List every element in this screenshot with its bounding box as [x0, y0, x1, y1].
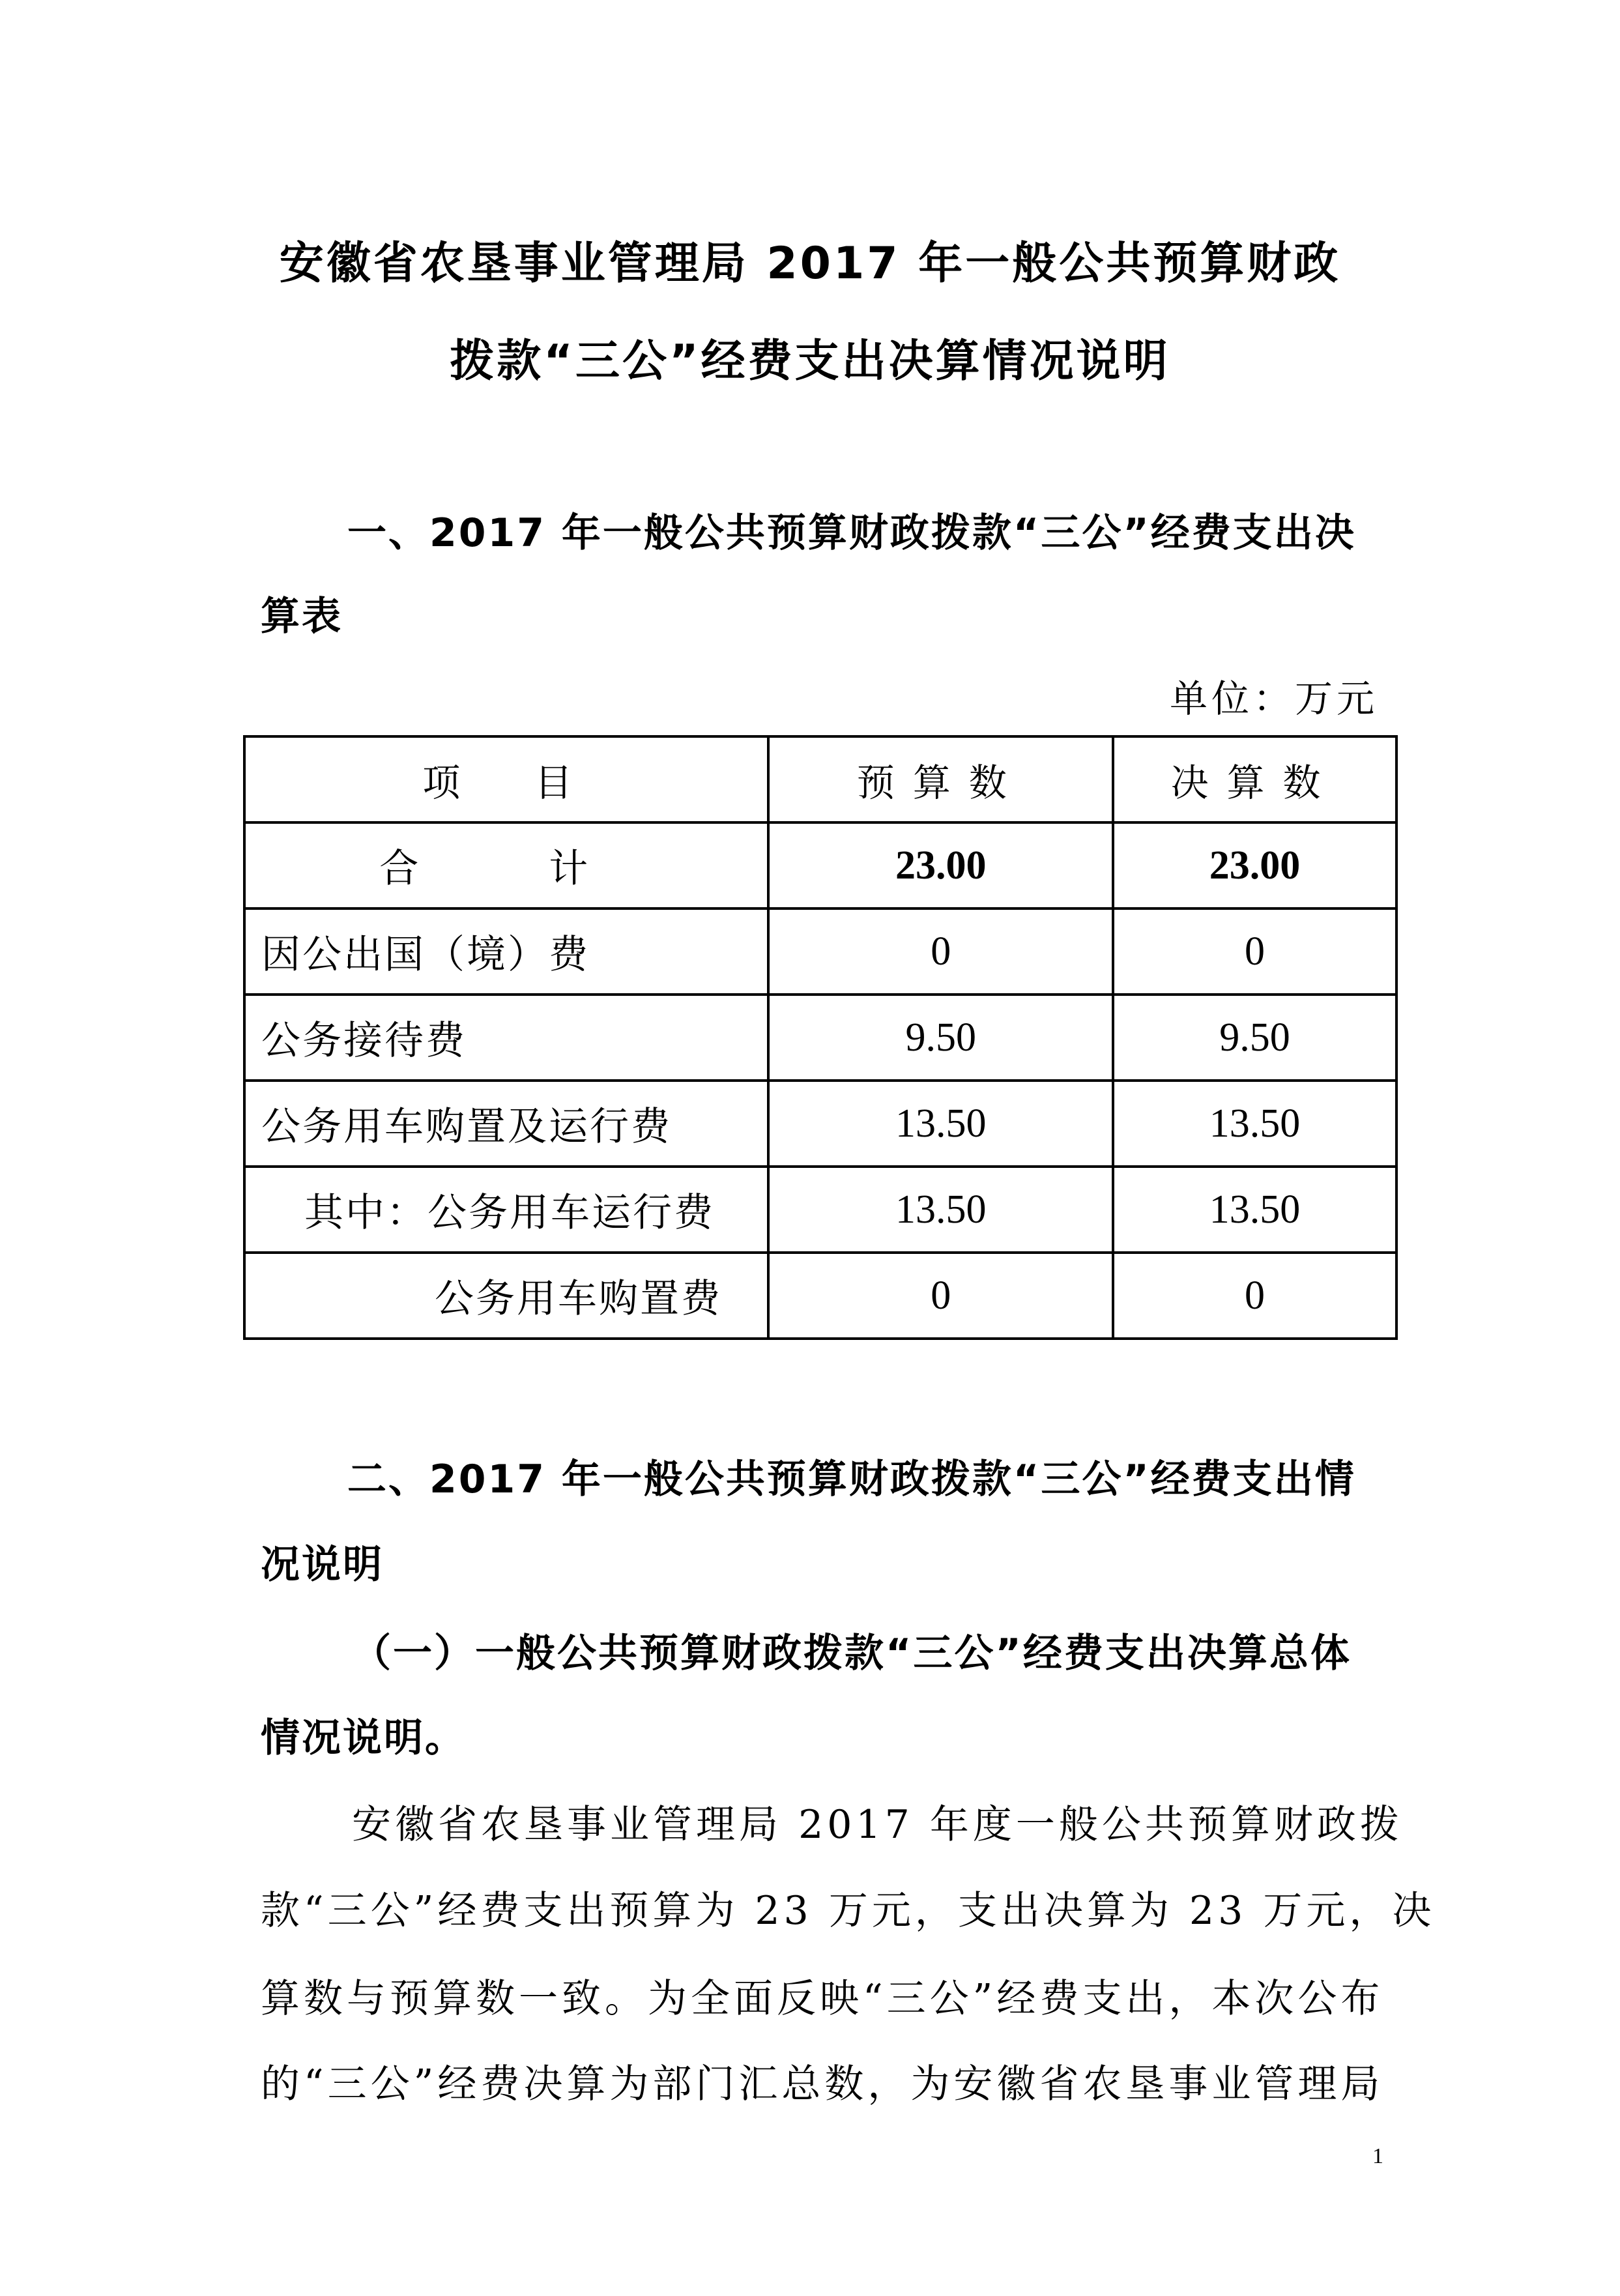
table-row: 公务用车购置及运行费 13.50 13.50 — [244, 1081, 1396, 1167]
final-value: 23.00 — [1113, 822, 1396, 908]
final-value: 13.50 — [1113, 1167, 1396, 1253]
subsection1-heading-line-2: 情况说明。 — [261, 1707, 466, 1763]
subsection1-heading-line-1: （一）一般公共预算财政拨款“三公”经费支出决算总体 — [352, 1622, 1352, 1678]
row-label: 公务用车购置费 — [244, 1253, 768, 1339]
budget-value: 13.50 — [768, 1167, 1113, 1253]
budget-value: 13.50 — [768, 1081, 1113, 1167]
budget-value: 0 — [768, 908, 1113, 995]
table-row: 公务接待费 9.50 9.50 — [244, 995, 1396, 1081]
table-row: 其中：公务用车运行费 13.50 13.50 — [244, 1167, 1396, 1253]
row-label: 公务接待费 — [244, 995, 768, 1081]
section1-heading-line-1: 一、2017 年一般公共预算财政拨款“三公”经费支出决 — [347, 502, 1356, 558]
budget-value: 9.50 — [768, 995, 1113, 1081]
paragraph-line-1: 安徽省农垦事业管理局 2017 年度一般公共预算财政拨 — [352, 1794, 1403, 1850]
column-header-final: 决算数 — [1113, 736, 1396, 822]
column-header-item: 项 目 — [244, 736, 768, 822]
budget-value: 0 — [768, 1253, 1113, 1339]
paragraph-line-3: 算数与预算数一致。为全面反映“三公”经费支出，本次公布 — [261, 1968, 1383, 2024]
budget-value: 23.00 — [768, 822, 1113, 908]
section2-heading-line-2: 况说明 — [261, 1533, 384, 1590]
table-row: 因公出国（境）费 0 0 — [244, 908, 1396, 995]
table-row: 公务用车购置费 0 0 — [244, 1253, 1396, 1339]
paragraph-line-2: 款“三公”经费支出预算为 23 万元，支出决算为 23 万元，决 — [261, 1880, 1435, 1936]
table-header-row: 项 目 预算数 决算数 — [244, 736, 1396, 822]
row-label: 合 计 — [244, 822, 768, 908]
unit-label: 单位：万元 — [1170, 668, 1378, 723]
row-label: 因公出国（境）费 — [244, 908, 768, 995]
final-value: 0 — [1113, 1253, 1396, 1339]
three-public-expenses-table: 项 目 预算数 决算数 合 计 23.00 23.00 因公出国（境）费 0 0… — [243, 735, 1398, 1340]
row-label: 公务用车购置及运行费 — [244, 1081, 768, 1167]
final-value: 0 — [1113, 908, 1396, 995]
final-value: 9.50 — [1113, 995, 1396, 1081]
row-label: 其中：公务用车运行费 — [244, 1167, 768, 1253]
document-title-line-2: 拨款“三公”经费支出决算情况说明 — [0, 326, 1620, 389]
paragraph-line-4: 的“三公”经费决算为部门汇总数，为安徽省农垦事业管理局 — [261, 2053, 1383, 2109]
document-title-line-1: 安徽省农垦事业管理局 2017 年一般公共预算财政 — [0, 228, 1620, 291]
page-number: 1 — [1372, 2144, 1383, 2169]
section2-heading-line-1: 二、2017 年一般公共预算财政拨款“三公”经费支出情 — [347, 1448, 1356, 1504]
final-value: 13.50 — [1113, 1081, 1396, 1167]
section1-heading-line-2: 算表 — [261, 585, 343, 641]
column-header-budget: 预算数 — [768, 736, 1113, 822]
table-row-total: 合 计 23.00 23.00 — [244, 822, 1396, 908]
